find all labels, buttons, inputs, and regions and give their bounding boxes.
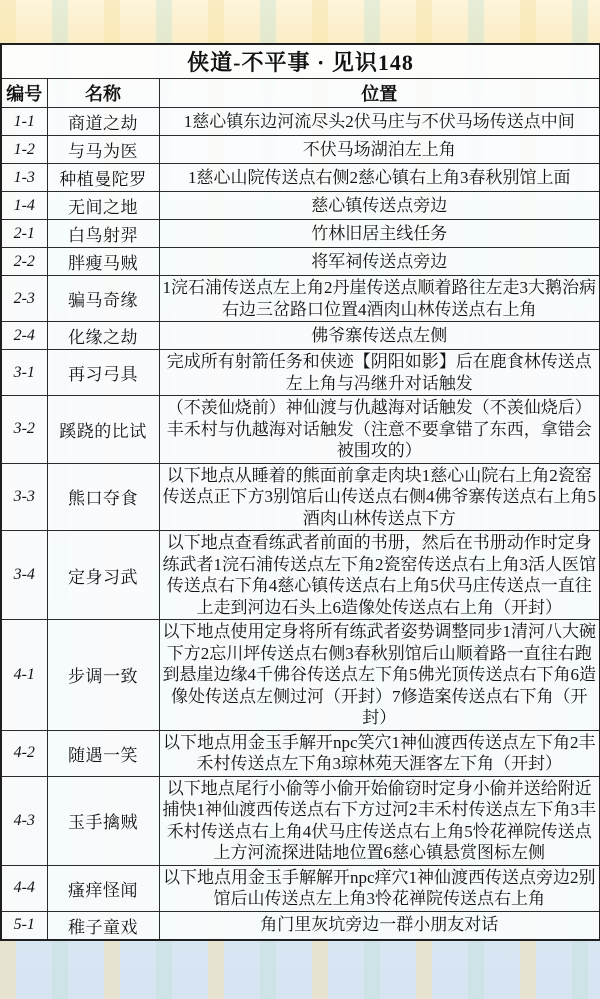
table-row: 3-3熊口夺食以下地点从睡着的熊面前拿走肉块1慈心山院右上角2瓷窑传送点正下方3…	[1, 463, 600, 531]
row-location-cell: 1慈心镇东边河流尽头2伏马庄与不伏马场传送点中间	[159, 108, 600, 136]
row-location-cell: 不伏马场湖泊左上角	[159, 136, 600, 164]
row-location-cell: 角门里灰坑旁边一群小朋友对话	[159, 911, 600, 940]
table-row: 3-1再习弓具完成所有射箭任务和侠迹【阴阳如影】后在鹿食林传送点左上角与冯继升对…	[1, 350, 600, 396]
row-id-cell: 1-2	[1, 136, 47, 164]
row-location-cell: 以下地点查看练武者前面的书册，然后在书册动作时定身练武者1浣石浦传送点左下角2瓷…	[159, 531, 600, 620]
row-id-cell: 4-1	[1, 620, 47, 731]
row-name-cell: 定身习武	[47, 531, 159, 620]
row-id-cell: 3-3	[1, 463, 47, 531]
row-name-cell: 玉手擒贼	[47, 776, 159, 865]
row-name-cell: 种植曼陀罗	[47, 164, 159, 192]
row-name-cell: 瘙痒怪闻	[47, 865, 159, 911]
row-id-cell: 1-3	[1, 164, 47, 192]
row-location-cell: 以下地点尾行小偷等小偷开始偷窃时定身小偷并送给附近捕快1神仙渡西传送点右下方过河…	[159, 776, 600, 865]
row-name-cell: 步调一致	[47, 620, 159, 731]
row-name-cell: 随遇一笑	[47, 730, 159, 776]
title-row: 侠道-不平事 · 见识148	[1, 44, 600, 79]
page-background: { "page": { "title": "侠道-不平事 · 见识148" },…	[0, 0, 600, 999]
row-id-cell: 2-2	[1, 248, 47, 276]
table-row: 3-2蹊跷的比试（不羡仙烧前）神仙渡与仇越海对话触发（不羡仙烧后）丰禾村与仇越海…	[1, 396, 600, 464]
table-row: 2-2胖瘦马贼将军祠传送点旁边	[1, 248, 600, 276]
row-name-cell: 商道之劫	[47, 108, 159, 136]
row-id-cell: 4-3	[1, 776, 47, 865]
row-id-cell: 2-1	[1, 220, 47, 248]
row-location-cell: 竹林旧居主线任务	[159, 220, 600, 248]
table-row: 1-3种植曼陀罗1慈心山院传送点右侧2慈心镇右上角3春秋别馆上面	[1, 164, 600, 192]
row-name-cell: 稚子童戏	[47, 911, 159, 940]
row-location-cell: 以下地点从睡着的熊面前拿走肉块1慈心山院右上角2瓷窑传送点正下方3别馆后山传送点…	[159, 463, 600, 531]
table-row: 1-2与马为医不伏马场湖泊左上角	[1, 136, 600, 164]
column-header-location: 位置	[159, 79, 600, 108]
quest-table-body: 1-1商道之劫1慈心镇东边河流尽头2伏马庄与不伏马场传送点中间1-2与马为医不伏…	[1, 108, 600, 940]
row-id-cell: 1-1	[1, 108, 47, 136]
row-id-cell: 3-1	[1, 350, 47, 396]
table-row: 4-3玉手擒贼以下地点尾行小偷等小偷开始偷窃时定身小偷并送给附近捕快1神仙渡西传…	[1, 776, 600, 865]
row-location-cell: 以下地点使用定身将所有练武者姿势调整同步1清河八大碗下方2忘川坪传送点右侧3春秋…	[159, 620, 600, 731]
column-header-id: 编号	[1, 79, 47, 108]
row-id-cell: 3-2	[1, 396, 47, 464]
row-name-cell: 无间之地	[47, 192, 159, 220]
row-location-cell: 佛爷寨传送点左侧	[159, 322, 600, 350]
row-id-cell: 5-1	[1, 911, 47, 940]
column-header-name: 名称	[47, 79, 159, 108]
table-row: 2-1白鸟射羿竹林旧居主线任务	[1, 220, 600, 248]
row-location-cell: 1慈心山院传送点右侧2慈心镇右上角3春秋别馆上面	[159, 164, 600, 192]
table-row: 4-1步调一致以下地点使用定身将所有练武者姿势调整同步1清河八大碗下方2忘川坪传…	[1, 620, 600, 731]
row-name-cell: 再习弓具	[47, 350, 159, 396]
row-name-cell: 蹊跷的比试	[47, 396, 159, 464]
row-location-cell: 将军祠传送点旁边	[159, 248, 600, 276]
row-location-cell: 以下地点用金玉手解开npc笑穴1神仙渡西传送点左下角2丰禾村传送点左下角3琼林苑…	[159, 730, 600, 776]
row-id-cell: 4-2	[1, 730, 47, 776]
row-location-cell: 以下地点用金玉手解解开npc痒穴1神仙渡西传送点旁边2别馆后山传送点左上角3怜花…	[159, 865, 600, 911]
row-name-cell: 熊口夺食	[47, 463, 159, 531]
row-name-cell: 化缘之劫	[47, 322, 159, 350]
row-name-cell: 白鸟射羿	[47, 220, 159, 248]
table-row: 4-4瘙痒怪闻以下地点用金玉手解解开npc痒穴1神仙渡西传送点旁边2别馆后山传送…	[1, 865, 600, 911]
header-row: 编号 名称 位置	[1, 79, 600, 108]
row-location-cell: 慈心镇传送点旁边	[159, 192, 600, 220]
page-title: 侠道-不平事 · 见识148	[1, 44, 600, 79]
row-name-cell: 与马为医	[47, 136, 159, 164]
quest-guide-panel: 侠道-不平事 · 见识148 编号 名称 位置 1-1商道之劫1慈心镇东边河流尽…	[0, 43, 600, 941]
row-id-cell: 3-4	[1, 531, 47, 620]
row-name-cell: 骗马奇缘	[47, 276, 159, 322]
table-row: 1-4无间之地慈心镇传送点旁边	[1, 192, 600, 220]
table-row: 4-2随遇一笑以下地点用金玉手解开npc笑穴1神仙渡西传送点左下角2丰禾村传送点…	[1, 730, 600, 776]
row-id-cell: 2-3	[1, 276, 47, 322]
row-id-cell: 2-4	[1, 322, 47, 350]
quest-table: 侠道-不平事 · 见识148 编号 名称 位置 1-1商道之劫1慈心镇东边河流尽…	[0, 43, 600, 941]
row-location-cell: 完成所有射箭任务和侠迹【阴阳如影】后在鹿食林传送点左上角与冯继升对话触发	[159, 350, 600, 396]
row-location-cell: （不羡仙烧前）神仙渡与仇越海对话触发（不羡仙烧后）丰禾村与仇越海对话触发（注意不…	[159, 396, 600, 464]
row-location-cell: 1浣石浦传送点左上角2丹崖传送点顺着路往左走3大鹅治病右边三岔路口位置4酒肉山林…	[159, 276, 600, 322]
table-row: 5-1稚子童戏角门里灰坑旁边一群小朋友对话	[1, 911, 600, 940]
row-id-cell: 1-4	[1, 192, 47, 220]
table-row: 3-4定身习武以下地点查看练武者前面的书册，然后在书册动作时定身练武者1浣石浦传…	[1, 531, 600, 620]
table-row: 2-4化缘之劫佛爷寨传送点左侧	[1, 322, 600, 350]
row-name-cell: 胖瘦马贼	[47, 248, 159, 276]
table-row: 1-1商道之劫1慈心镇东边河流尽头2伏马庄与不伏马场传送点中间	[1, 108, 600, 136]
table-row: 2-3骗马奇缘1浣石浦传送点左上角2丹崖传送点顺着路往左走3大鹅治病右边三岔路口…	[1, 276, 600, 322]
row-id-cell: 4-4	[1, 865, 47, 911]
